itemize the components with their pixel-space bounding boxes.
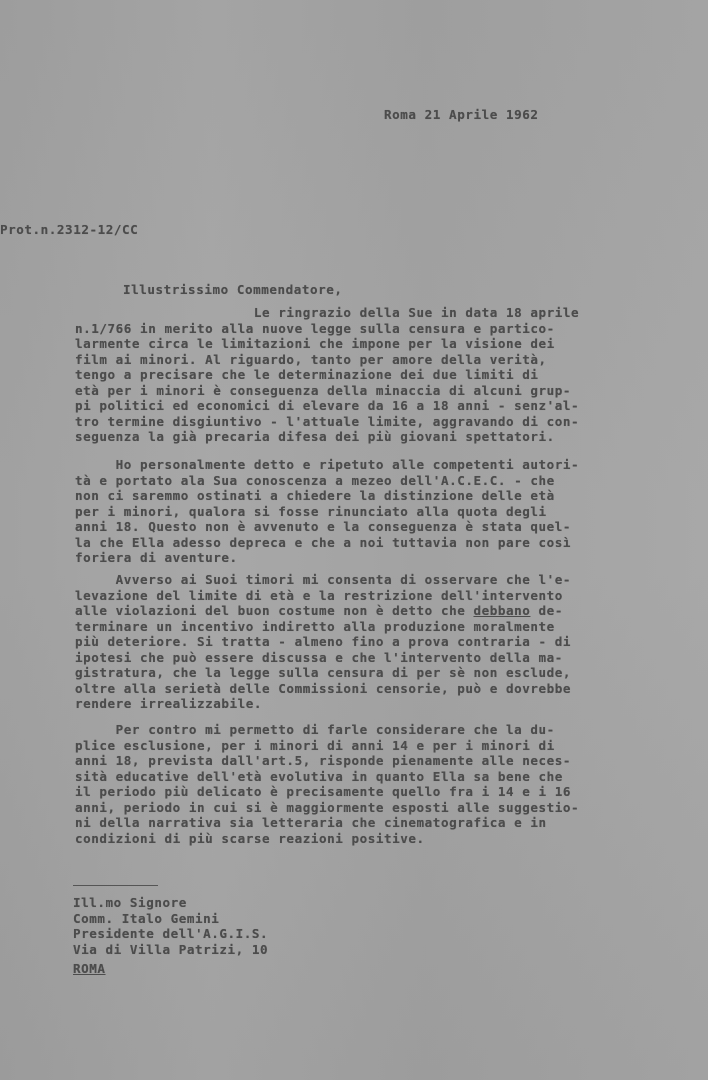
text-line: gistratura, che la legge sulla censura d… — [75, 665, 665, 681]
text-line: il periodo più delicato è precisamente q… — [75, 784, 665, 800]
text-line: sità educative dell'età evolutiva in qua… — [75, 769, 665, 785]
text-line: levazione del limite di età e la restriz… — [75, 588, 665, 604]
text-line: Avverso ai Suoi timori mi consenta di os… — [75, 572, 665, 588]
text-line: Per contro mi permetto di farle consider… — [75, 722, 665, 738]
text-line: terminare un incentivo indiretto alla pr… — [75, 619, 665, 635]
address-line: Via di Villa Patrizi, 10 — [73, 942, 268, 958]
text-line: Ho personalmente detto e ripetuto alle c… — [75, 457, 665, 473]
protocol-number: Prot.n.2312-12/CC — [0, 222, 138, 238]
text-line: pi politici ed economici di elevare da 1… — [75, 398, 665, 414]
text-line: film ai minori. Al riguardo, tanto per a… — [75, 352, 665, 368]
text-line: seguenza la già precaria difesa dei più … — [75, 429, 665, 445]
text-segment: de- — [530, 603, 563, 618]
text-line: larmente circa le limitazioni che impone… — [75, 336, 665, 352]
date-line: Roma 21 Aprile 1962 — [384, 107, 539, 123]
text-line-with-underline: alle violazioni del buon costume non è d… — [75, 603, 665, 619]
text-line: età per i minori è conseguenza della min… — [75, 383, 665, 399]
text-segment: alle violazioni del buon costume non è d… — [75, 603, 473, 618]
text-line: tro termine disgiuntivo - l'attuale limi… — [75, 414, 665, 430]
text-line: ni della narrativa sia letteraria che ci… — [75, 815, 665, 831]
text-line: n.1/766 in merito alla nuove legge sulla… — [75, 321, 665, 337]
text-line: ipotesi che può essere discussa e che l'… — [75, 650, 665, 666]
text-line: più deteriore. Si tratta - almeno fino a… — [75, 634, 665, 650]
text-line: la che Ella adesso depreca e che a noi t… — [75, 535, 665, 551]
text-line: rendere irrealizzabile. — [75, 696, 665, 712]
recipient-address: Ill.mo Signore Comm. Italo Gemini Presid… — [73, 895, 268, 977]
underlined-word: debbano — [473, 603, 530, 618]
text-line: anni, periodo in cui si è maggiormente e… — [75, 800, 665, 816]
paragraph-3: Avverso ai Suoi timori mi consenta di os… — [75, 572, 665, 712]
text-line: anni 18, prevista dall'art.5, risponde p… — [75, 753, 665, 769]
address-city: ROMA — [73, 961, 268, 977]
address-divider — [73, 885, 158, 886]
text-line: anni 18. Questo non è avvenuto e la cons… — [75, 519, 665, 535]
text-line: plice esclusione, per i minori di anni 1… — [75, 738, 665, 754]
text-line: foriera di aventure. — [75, 550, 665, 566]
paragraph-1: Le ringrazio della Sue in data 18 aprile… — [75, 305, 665, 445]
paragraph-2: Ho personalmente detto e ripetuto alle c… — [75, 457, 665, 566]
text-line: Le ringrazio della Sue in data 18 aprile — [75, 305, 665, 321]
text-line: tengo a precisare che le determinazione … — [75, 367, 665, 383]
text-line: non ci saremmo ostinati a chiedere la di… — [75, 488, 665, 504]
letter-page: Roma 21 Aprile 1962 Prot.n.2312-12/CC Il… — [0, 0, 708, 1080]
address-line: Comm. Italo Gemini — [73, 911, 268, 927]
text-line: per i minori, qualora si fosse rinunciat… — [75, 504, 665, 520]
address-line: Presidente dell'A.G.I.S. — [73, 926, 268, 942]
text-line: condizioni di più scarse reazioni positi… — [75, 831, 665, 847]
text-line: tà e portato ala Sua conoscenza a mezeo … — [75, 473, 665, 489]
paragraph-4: Per contro mi permetto di farle consider… — [75, 722, 665, 846]
text-line: oltre alla serietà delle Commissioni cen… — [75, 681, 665, 697]
salutation: Illustrissimo Commendatore, — [123, 282, 343, 298]
address-line: Ill.mo Signore — [73, 895, 268, 911]
